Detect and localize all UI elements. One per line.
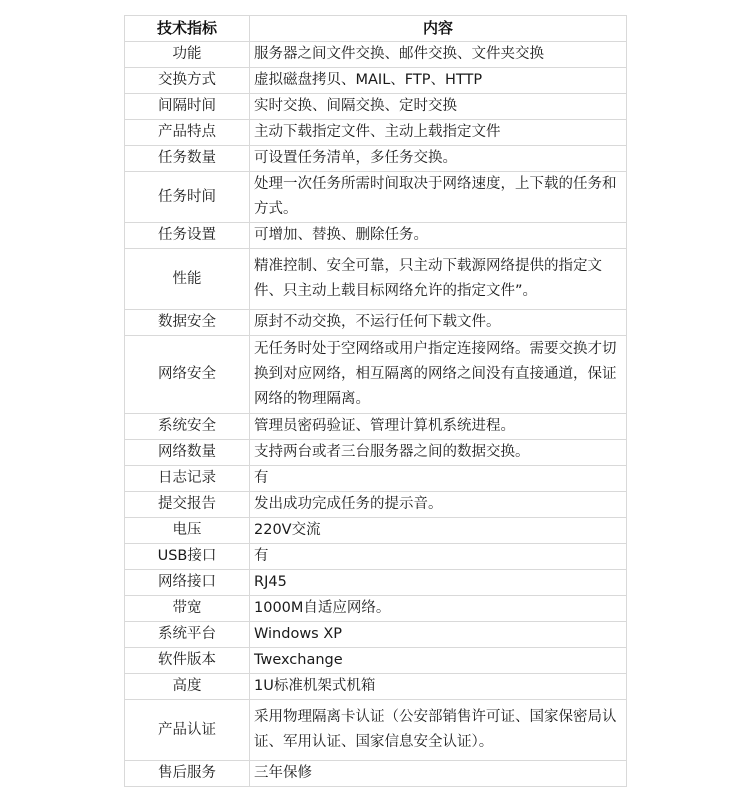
row-value: 可增加、替换、删除任务。	[250, 223, 627, 249]
row-value: 精准控制、安全可靠，只主动下载源网络提供的指定文件、只主动上载目标网络允许的指定…	[250, 249, 627, 310]
row-value: 虚拟磁盘拷贝、MAIL、FTP、HTTP	[250, 68, 627, 94]
table-row: 数据安全 原封不动交换，不运行任何下载文件。	[125, 310, 627, 336]
row-label: 软件版本	[125, 648, 250, 674]
table-row: 系统平台 Windows XP	[125, 622, 627, 648]
row-label: 任务设置	[125, 223, 250, 249]
row-value: 支持两台或者三台服务器之间的数据交换。	[250, 440, 627, 466]
table-row: 功能 服务器之间文件交换、邮件交换、文件夹交换	[125, 42, 627, 68]
row-label: 系统安全	[125, 414, 250, 440]
table-row: 网络安全 无任务时处于空网络或用户指定连接网络。需要交换才切换到对应网络，相互隔…	[125, 336, 627, 414]
row-value: 1U标准机架式机箱	[250, 674, 627, 700]
table-row: 日志记录 有	[125, 466, 627, 492]
table-row: 网络数量 支持两台或者三台服务器之间的数据交换。	[125, 440, 627, 466]
row-label: 任务时间	[125, 172, 250, 223]
row-value: 1000M自适应网络。	[250, 596, 627, 622]
row-label: 网络接口	[125, 570, 250, 596]
table-row: 高度 1U标准机架式机箱	[125, 674, 627, 700]
row-label: 间隔时间	[125, 94, 250, 120]
row-value: 无任务时处于空网络或用户指定连接网络。需要交换才切换到对应网络，相互隔离的网络之…	[250, 336, 627, 414]
row-label: 任务数量	[125, 146, 250, 172]
row-label: USB接口	[125, 544, 250, 570]
row-label: 产品特点	[125, 120, 250, 146]
row-value: 服务器之间文件交换、邮件交换、文件夹交换	[250, 42, 627, 68]
table-header-row: 技术指标 内容	[125, 16, 627, 42]
row-value: Twexchange	[250, 648, 627, 674]
row-value: Windows XP	[250, 622, 627, 648]
row-value: 发出成功完成任务的提示音。	[250, 492, 627, 518]
spec-table: 技术指标 内容 功能 服务器之间文件交换、邮件交换、文件夹交换 交换方式 虚拟磁…	[124, 15, 627, 787]
row-value: 管理员密码验证、管理计算机系统进程。	[250, 414, 627, 440]
row-label: 电压	[125, 518, 250, 544]
table-row: 带宽 1000M自适应网络。	[125, 596, 627, 622]
row-label: 功能	[125, 42, 250, 68]
row-value: 原封不动交换，不运行任何下载文件。	[250, 310, 627, 336]
row-value: 220V交流	[250, 518, 627, 544]
row-value: 采用物理隔离卡认证（公安部销售许可证、国家保密局认证、军用认证、国家信息安全认证…	[250, 700, 627, 761]
row-value: 有	[250, 544, 627, 570]
row-value: 处理一次任务所需时间取决于网络速度，上下载的任务和方式。	[250, 172, 627, 223]
row-value: 可设置任务清单，多任务交换。	[250, 146, 627, 172]
table-row: 提交报告 发出成功完成任务的提示音。	[125, 492, 627, 518]
table-row: 性能 精准控制、安全可靠，只主动下载源网络提供的指定文件、只主动上载目标网络允许…	[125, 249, 627, 310]
row-value: RJ45	[250, 570, 627, 596]
table-row: 电压 220V交流	[125, 518, 627, 544]
header-spec: 技术指标	[125, 16, 250, 42]
row-label: 高度	[125, 674, 250, 700]
row-label: 日志记录	[125, 466, 250, 492]
table-row: 网络接口 RJ45	[125, 570, 627, 596]
row-value: 三年保修	[250, 761, 627, 787]
row-label: 数据安全	[125, 310, 250, 336]
row-label: 提交报告	[125, 492, 250, 518]
row-label: 性能	[125, 249, 250, 310]
row-value: 有	[250, 466, 627, 492]
row-value: 实时交换、间隔交换、定时交换	[250, 94, 627, 120]
row-label: 系统平台	[125, 622, 250, 648]
table-row: 任务设置 可增加、替换、删除任务。	[125, 223, 627, 249]
row-value: 主动下载指定文件、主动上载指定文件	[250, 120, 627, 146]
row-label: 带宽	[125, 596, 250, 622]
row-label: 产品认证	[125, 700, 250, 761]
table-row: 产品认证 采用物理隔离卡认证（公安部销售许可证、国家保密局认证、军用认证、国家信…	[125, 700, 627, 761]
header-content: 内容	[250, 16, 627, 42]
table-row: 产品特点 主动下载指定文件、主动上载指定文件	[125, 120, 627, 146]
table-row: 售后服务 三年保修	[125, 761, 627, 787]
row-label: 售后服务	[125, 761, 250, 787]
row-label: 交换方式	[125, 68, 250, 94]
table-row: 软件版本 Twexchange	[125, 648, 627, 674]
table-row: 系统安全 管理员密码验证、管理计算机系统进程。	[125, 414, 627, 440]
table-row: 交换方式 虚拟磁盘拷贝、MAIL、FTP、HTTP	[125, 68, 627, 94]
table-row: USB接口 有	[125, 544, 627, 570]
table-row: 任务数量 可设置任务清单，多任务交换。	[125, 146, 627, 172]
row-label: 网络安全	[125, 336, 250, 414]
row-label: 网络数量	[125, 440, 250, 466]
table-row: 间隔时间 实时交换、间隔交换、定时交换	[125, 94, 627, 120]
table-row: 任务时间 处理一次任务所需时间取决于网络速度，上下载的任务和方式。	[125, 172, 627, 223]
